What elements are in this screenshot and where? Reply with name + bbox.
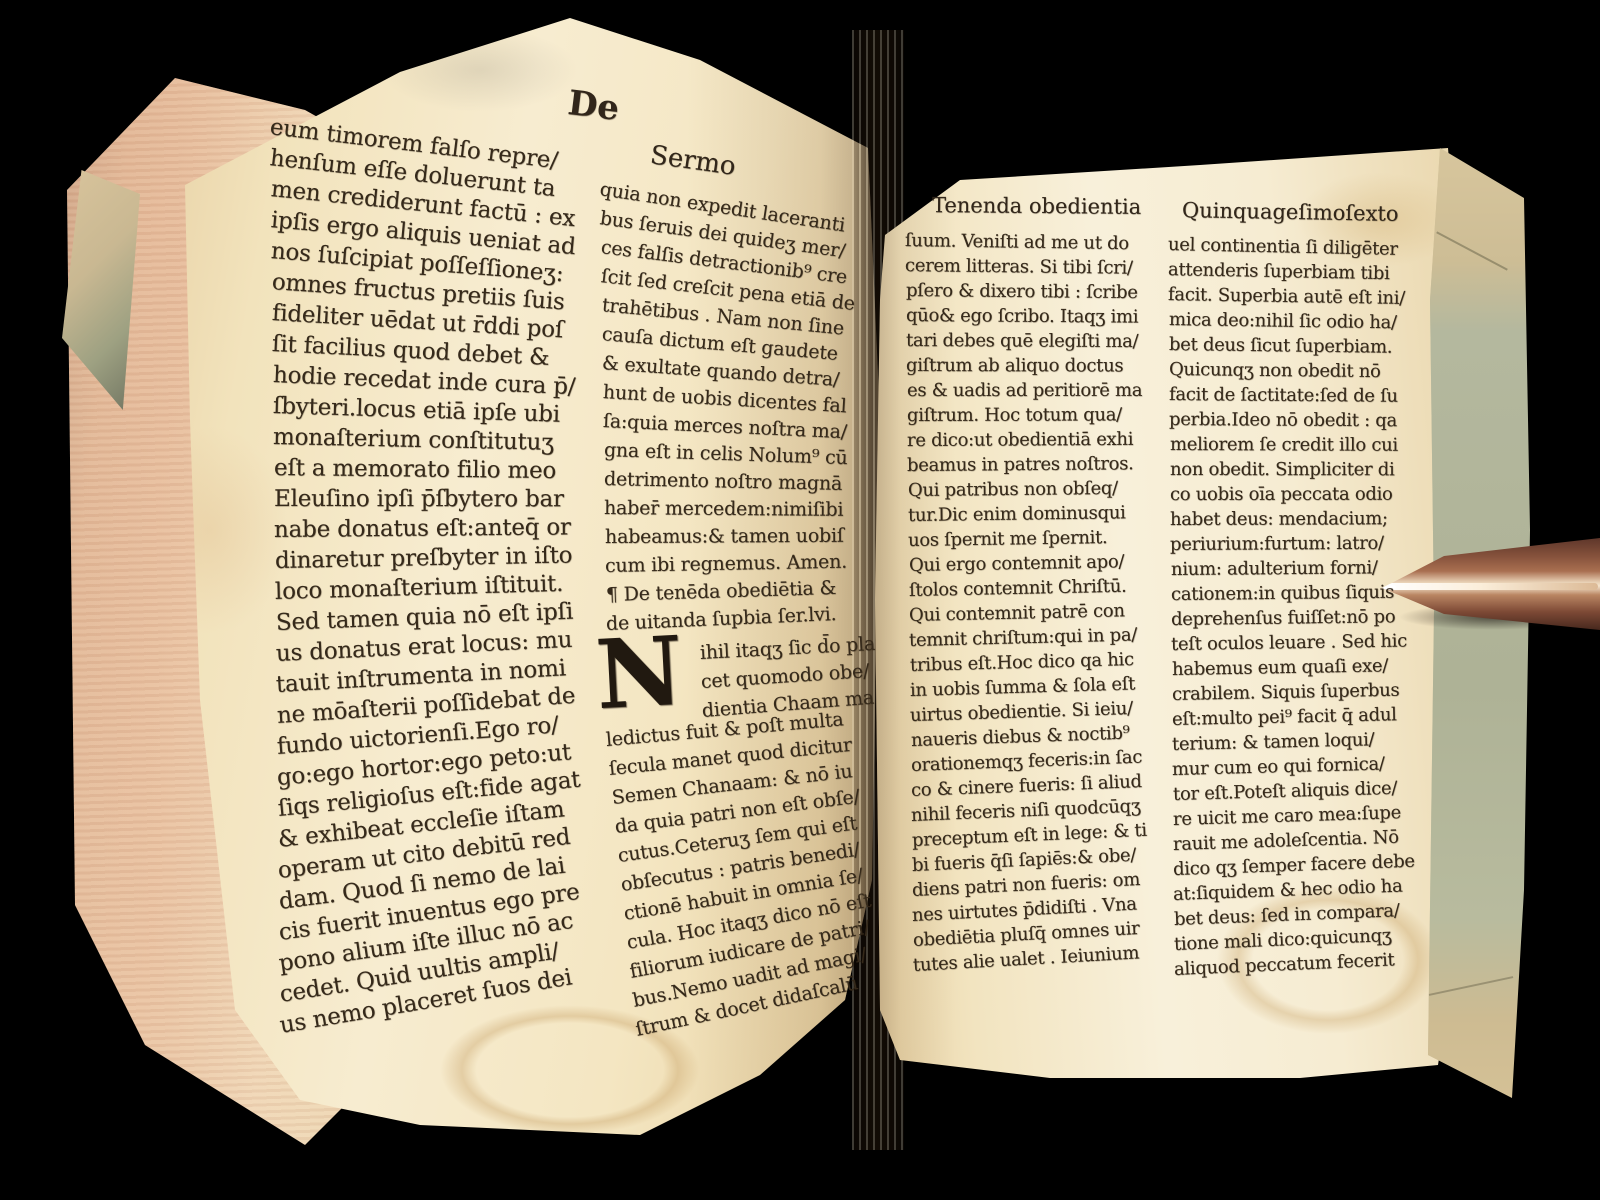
text-line: tur.Dic enim dominusqui: [908, 500, 1147, 528]
text-line: tari debes quē elegiſti ma/: [906, 328, 1147, 354]
text-line: Quicunqʒ non obedit nō: [1169, 357, 1415, 384]
text-line: habet deus: mendacium;: [1170, 506, 1415, 532]
cover-crease: [1429, 976, 1514, 996]
text-line: cerem litteras. Si tibi ſcri/: [905, 253, 1147, 281]
text-line: mica deo:nihil ſic odio ha/: [1168, 307, 1415, 336]
text-line: haber̄ mercedem:nimiſibi: [604, 494, 856, 525]
text-line: pſero & dixero tibi : ſcribe: [905, 278, 1146, 305]
center-column-text-upper: quia non expedit lacerantibus ſeruis dei…: [600, 175, 856, 639]
text-line: Eleuſino ipſi p̄ſbytero bar: [274, 484, 582, 515]
text-line: meliorem ſe credit illo cui: [1170, 432, 1415, 458]
text-line: qūo& ego ſcribo. Itaqʒ imi: [906, 303, 1147, 330]
text-line: ſuum. Veniſti ad me ut do: [905, 228, 1147, 256]
running-head-right-col2: Quinquageſimoſexto: [1182, 198, 1399, 226]
drop-cap-initial: N: [594, 628, 685, 720]
text-line: giſtrum. Hoc totum qua/: [907, 402, 1147, 428]
cover-crease: [1436, 231, 1508, 270]
text-line: deprehenſus fuiſſet:nō po: [1171, 604, 1415, 632]
text-line: co uobis oīa peccata odio: [1170, 482, 1415, 507]
text-line: nium: adulterium forni/: [1171, 555, 1416, 582]
text-line: periurium:furtum: latro/: [1170, 531, 1415, 557]
center-column-text-lower: ledictus fuit & poſt multaſecula manet q…: [602, 726, 875, 1045]
text-line: facit de ſactitate:ſed de ſu: [1169, 382, 1415, 409]
book-photo: De Sermo Tenenda obedientia Quinquageſim…: [0, 0, 1600, 1200]
text-line: bet deus ſicut ſuperbiam.: [1169, 332, 1416, 360]
text-line: eſt a memorato filio meo: [274, 453, 583, 487]
right-page-column1-text: ſuum. Veniſti ad me ut docerem litteras.…: [905, 228, 1147, 978]
text-line: cationem:in quibus ſiquis: [1171, 580, 1415, 607]
running-head-right-col1: Tenenda obedientia: [932, 193, 1141, 219]
text-line: Qui patribus non obſeq/: [908, 476, 1147, 503]
text-line: non obedit. Simpliciter di: [1170, 457, 1415, 482]
right-page-column2-text: uel continentia ſi diligēterattenderis ſ…: [1168, 232, 1415, 982]
text-line: beamus in patres noſtros.: [907, 451, 1146, 478]
text-line: perbia.Ideo nō obedit : qa: [1169, 407, 1415, 433]
text-line: giſtrum ab aliquo doctus: [906, 353, 1146, 378]
left-page-text-column: eum timorem falſo repre/henſum eſſe dolu…: [262, 112, 582, 1042]
pen-highlight: [1384, 583, 1598, 590]
text-line: es & uadis ad peritiorē ma: [907, 378, 1147, 403]
text-line: re dico:ut obedientiā exhi: [907, 427, 1147, 453]
